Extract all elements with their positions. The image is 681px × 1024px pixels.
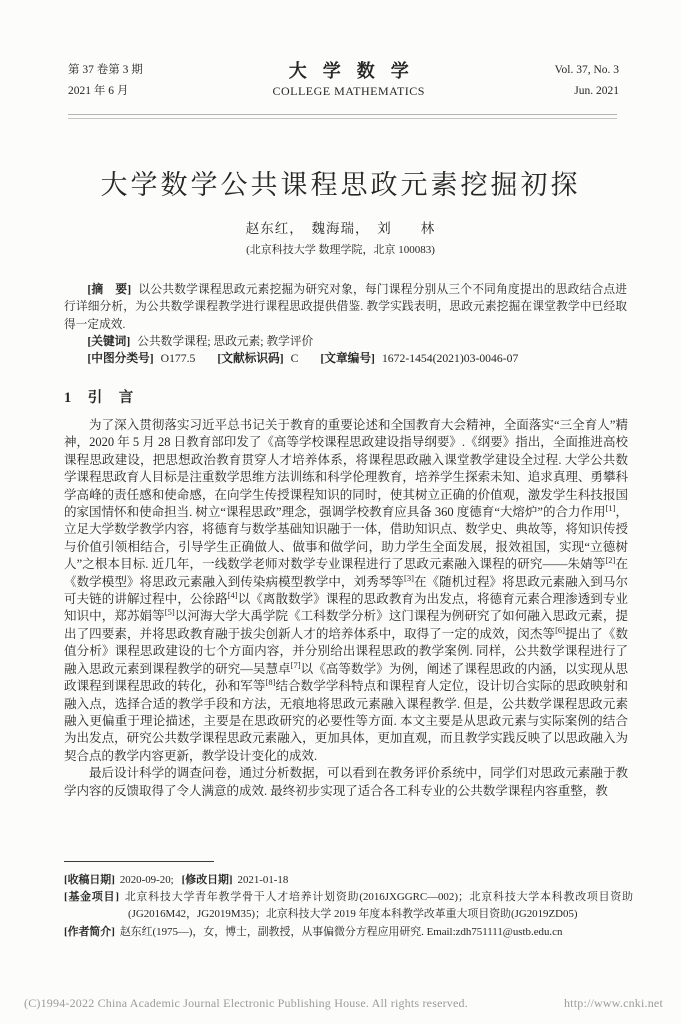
journal-name-en: COLLEGE MATHEMATICS	[143, 82, 555, 100]
abstract-label: [摘 要]	[87, 283, 131, 296]
fund-value: 北京科技大学青年教学骨干人才培养计划资助(2016JXGGRC—002)；北京科…	[124, 891, 633, 920]
volume-issue-en: Vol. 37, No. 3	[555, 60, 619, 81]
article-title: 大学数学公共课程思政元素挖掘初探	[0, 163, 681, 202]
body-paragraph-1: 为了深入贯彻落实习近平总书记关于教育的重要论述和全国教育大会精神，全面落实“三全…	[64, 417, 628, 765]
footnote-author-bio: [作者简介]赵东红(1975—)，女，博士，副教授，从事偏微分方程应用研究. E…	[64, 924, 633, 941]
doc-code-value: C	[291, 352, 299, 365]
keywords-line: [关键词]公共数学课程; 思政元素; 教学评价	[64, 333, 627, 350]
cnki-footer: (C)1994-2022 China Academic Journal Elec…	[24, 996, 663, 1011]
abstract-text: 以公共数学课程思政元素挖掘为研究对象，每门课程分别从三个不同角度提出的思政结合点…	[64, 283, 627, 331]
keywords-label: [关键词]	[87, 335, 130, 348]
footnote-fund: [基金项目]北京科技大学青年教学骨干人才培养计划资助(2016JXGGRC—00…	[64, 889, 633, 923]
fund-label: [基金项目]	[64, 891, 119, 903]
classification-line: [中图分类号]O177.5[文献标识码]C[文章编号]1672-1454(202…	[64, 350, 627, 367]
article-no-label: [文章编号]	[320, 352, 375, 365]
keywords-text: 公共数学课程; 思政元素; 教学评价	[137, 335, 313, 348]
copyright-text: (C)1994-2022 China Academic Journal Elec…	[24, 996, 468, 1011]
journal-name-cn: 大学数学	[143, 60, 555, 82]
author-bio-value: 赵东红(1975—)，女，博士，副教授，从事偏微分方程应用研究. Email:z…	[120, 926, 563, 938]
received-date-value: 2020-09-20;	[120, 874, 174, 886]
date-en: Jun. 2021	[555, 81, 619, 102]
article-authors: 赵东红， 魏海瑞， 刘 林	[0, 217, 681, 237]
journal-name-block: 大学数学 COLLEGE MATHEMATICS	[143, 60, 555, 100]
revised-date-label: [修改日期]	[182, 874, 233, 886]
clc-value: O177.5	[161, 352, 196, 365]
author-bio-label: [作者简介]	[64, 926, 115, 938]
issue-info-en: Vol. 37, No. 3 Jun. 2021	[555, 60, 619, 102]
footnotes-block: [收稿日期]2020-09-20;[修改日期]2021-01-18 [基金项目]…	[64, 872, 633, 941]
body-paragraph-2: 最后设计科学的调查问卷，通过分析数据，可以看到在教务评价系统中，同学们对思政元素…	[64, 765, 628, 800]
journal-page: 第 37 卷第 3 期 2021 年 6 月 大学数学 COLLEGE MATH…	[0, 0, 681, 1024]
footnote-dates: [收稿日期]2020-09-20;[修改日期]2021-01-18	[64, 872, 633, 889]
date-cn: 2021 年 6 月	[68, 81, 143, 102]
header-divider	[68, 114, 617, 119]
revised-date-value: 2021-01-18	[238, 874, 289, 886]
footnote-divider	[64, 861, 214, 862]
article-affiliation: (北京科技大学 数理学院，北京 100083)	[0, 241, 681, 257]
journal-header: 第 37 卷第 3 期 2021 年 6 月 大学数学 COLLEGE MATH…	[68, 60, 619, 102]
abstract-paragraph: [摘 要]以公共数学课程思政元素挖掘为研究对象，每门课程分别从三个不同角度提出的…	[64, 281, 627, 333]
volume-issue-cn: 第 37 卷第 3 期	[68, 60, 143, 81]
issue-info-cn: 第 37 卷第 3 期 2021 年 6 月	[68, 60, 143, 102]
clc-label: [中图分类号]	[87, 352, 153, 365]
cnki-url: http://www.cnki.net	[564, 996, 663, 1011]
section-body: 为了深入贯彻落实习近平总书记关于教育的重要论述和全国教育大会精神，全面落实“三全…	[64, 417, 628, 860]
section-heading: 1 引 言	[64, 386, 134, 407]
doc-code-label: [文献标识码]	[217, 352, 283, 365]
received-date-label: [收稿日期]	[64, 874, 115, 886]
article-no-value: 1672-1454(2021)03-0046-07	[382, 352, 518, 365]
abstract-block: [摘 要]以公共数学课程思政元素挖掘为研究对象，每门课程分别从三个不同角度提出的…	[64, 281, 627, 367]
